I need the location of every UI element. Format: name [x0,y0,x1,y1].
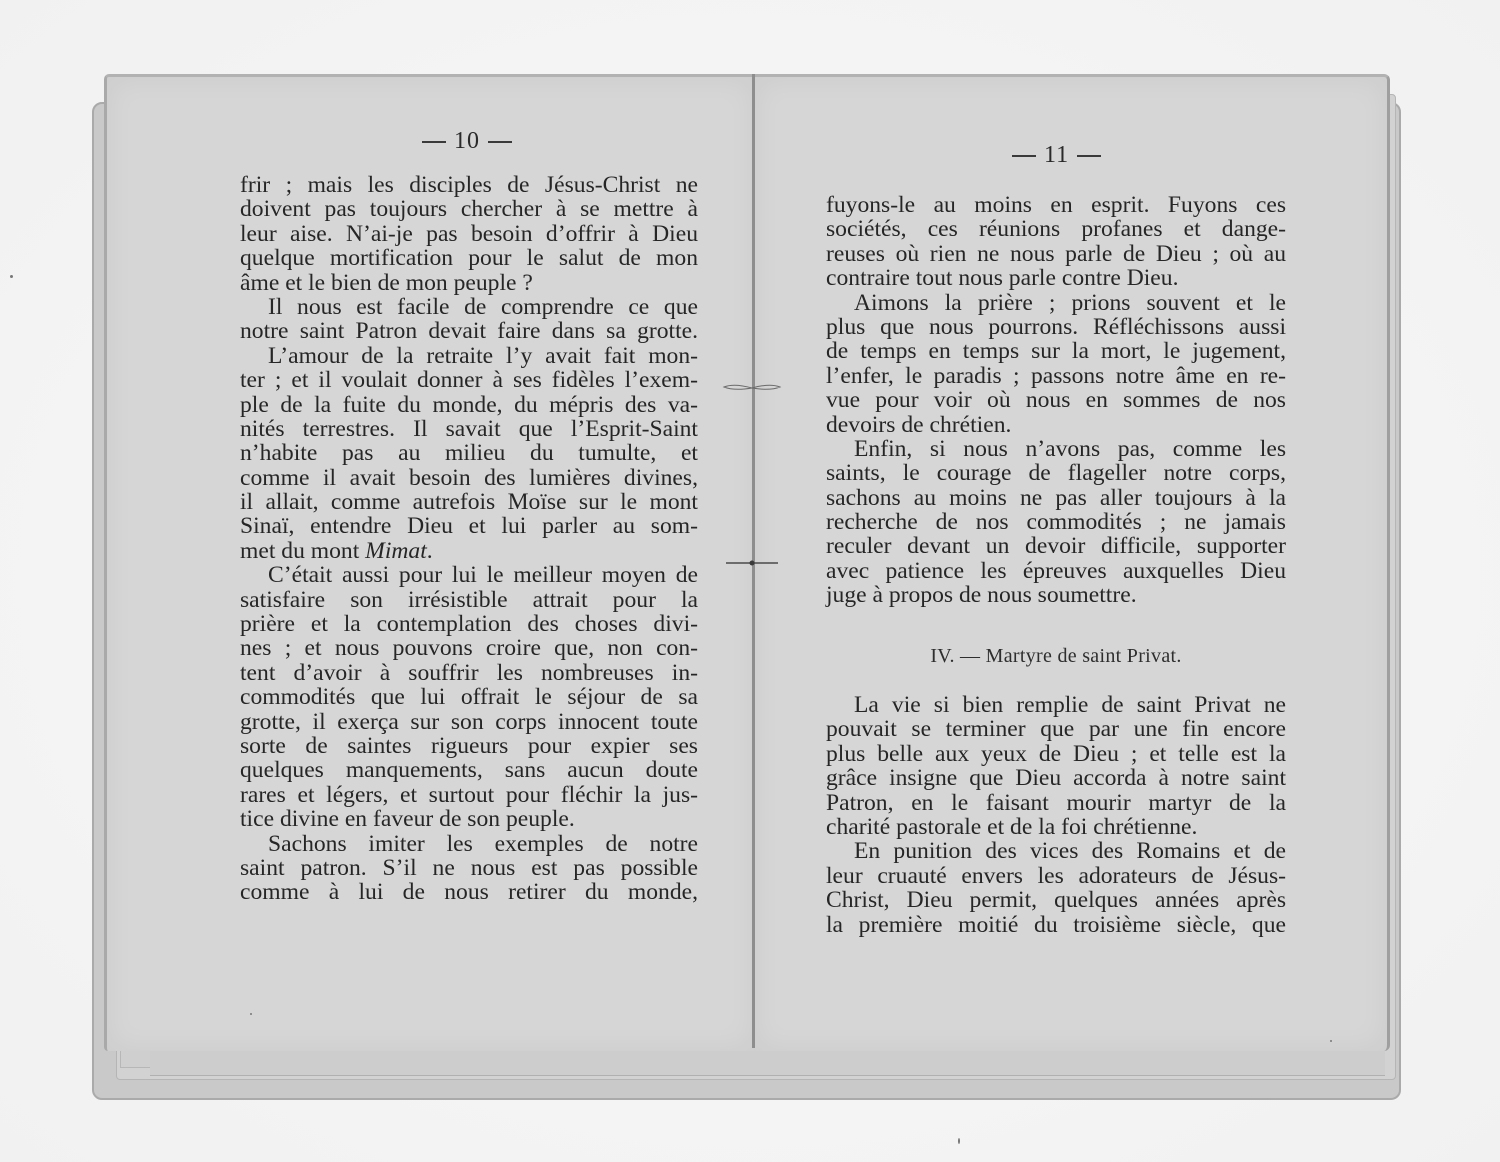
text-line: rares et légers, et surtout pour fléchir… [240,783,698,807]
paragraph: La vie si bien remplie de saint Privat n… [826,693,1286,839]
paragraph: Enfin, si nous n’avons pas, comme les sa… [826,437,1286,608]
text-line: Aimons la prière ; prions souvent et le [826,291,1286,315]
text-line: sachons au moins ne pas aller toujours à… [826,486,1286,510]
text-line: sociétés, ces réunions profanes et dange… [826,217,1286,241]
text-line: Sachons imiter les exemples de notre [240,832,698,856]
text-line: âme et le bien de mon peuple ? [240,271,698,295]
text-line: doivent pas toujours chercher à se mettr… [240,197,698,221]
text-fragment: met du mont [240,538,365,564]
text-line: l’enfer, le paradis ; passons notre âme … [826,364,1286,388]
text-line: ter ; et il voulait donner à ses fidèles… [240,368,698,392]
text-fragment: . [427,538,433,564]
text-line: devoirs de chrétien. [826,413,1286,437]
text-line: C’était aussi pour lui le meilleur moyen… [240,563,698,587]
section-heading: IV. — Martyre de saint Privat. [826,644,1286,668]
text-line: vue pour voir où nous en sommes de nos [826,388,1286,412]
text-line: de temps en temps sur la mort, le jugeme… [826,339,1286,363]
text-line: pouvait se terminer que par une fin enco… [826,717,1286,741]
text-line: quelques manquements, sans aucun doute [240,758,698,782]
paragraph: En punition des vices des Romains et de … [826,839,1286,937]
text-line: fuyons-le au moins en esprit. Fuyons ces [826,193,1286,217]
folio-text: 11 [1044,142,1069,168]
text-line: ple de la fuite du monde, du mépris des … [240,393,698,417]
text-line: notre saint Patron devait faire dans sa … [240,319,698,343]
text-line: saint patron. S’il ne nous est pas possi… [240,856,698,880]
paragraph: Il nous est facile de comprendre ce que … [240,295,698,344]
text-line: il allait, comme autrefois Moïse sur le … [240,490,698,514]
text-line: reculer devant un devoir difficile, supp… [826,534,1286,558]
text-line: prière et la contemplation des choses di… [240,612,698,636]
text-line: sorte de saintes rigueurs pour expier se… [240,734,698,758]
text-line: charité pastorale et de la foi chrétienn… [826,815,1286,839]
text-line: satisfaire son irrésistible attrait pour… [240,588,698,612]
folio-text: 10 [454,128,480,154]
page-stack-corner [120,1050,154,1068]
paragraph: Sachons imiter les exemples de notre sai… [240,832,698,905]
paragraph: L’amour de la retraite l’y avait fait mo… [240,344,698,564]
paragraph: C’était aussi pour lui le meilleur moyen… [240,563,698,831]
text-line: La vie si bien remplie de saint Privat n… [826,693,1286,717]
text-line: grotte, il exerça sur son corps innocent… [240,710,698,734]
text-line: juge à propos de nous soumettre. [826,583,1286,607]
text-line: Christ, Dieu permit, quelques années apr… [826,888,1286,912]
binding-staple-icon [722,384,782,390]
text-line: nités terrestres. Il savait que l’Esprit… [240,417,698,441]
text-line: grâce insigne que Dieu accorda à notre s… [826,766,1286,790]
text-line: comme il avait besoin des lumières divin… [240,466,698,490]
text-line: commodités que lui offrait le séjour de … [240,685,698,709]
paragraph: fuyons-le au moins en esprit. Fuyons ces… [826,193,1286,291]
text-line: recherche de nos commodités ; ne jamais [826,510,1286,534]
text-line: En punition des vices des Romains et de [826,839,1286,863]
page-number-right: 11 [1004,142,1109,169]
text-line: n’habite pas au milieu du tumulte, et [240,441,698,465]
text-line: Enfin, si nous n’avons pas, comme les [826,437,1286,461]
text-line: comme à lui de nous retirer du monde, [240,880,698,904]
text-line: Il nous est facile de comprendre ce que [240,295,698,319]
text-line: plus belle aux yeux de Dieu ; et telle e… [826,742,1286,766]
text-line: plus que nous pourrons. Réfléchissons au… [826,315,1286,339]
binding-staple-icon [722,559,782,565]
text-line: leur cruauté envers les adorateurs de Jé… [826,864,1286,888]
right-page-body: fuyons-le au moins en esprit. Fuyons ces… [826,193,1286,937]
text-line: la première moitié du troisième siècle, … [826,913,1286,937]
text-line: nes ; et nous pouvons croire que, non co… [240,636,698,660]
text-line: leur aise. N’ai-je pas besoin d’offrir à… [240,222,698,246]
text-line: met du mont Mimat. [240,539,698,563]
text-line: avec patience les épreuves auxquelles Di… [826,559,1286,583]
page-number-left: 10 [414,128,520,155]
text-line: Patron, en le faisant mourir martyr de l… [826,791,1286,815]
paragraph: Aimons la prière ; prions souvent et le … [826,291,1286,437]
text-line: tent d’avoir à souffrir les nombreuses i… [240,661,698,685]
text-line: quelque mortification pour le salut de m… [240,246,698,270]
text-line: reuses où rien ne nous parle de Dieu ; o… [826,242,1286,266]
text-line: frir ; mais les disciples de Jésus-Chris… [240,173,698,197]
text-line: saints, le courage de flageller notre co… [826,461,1286,485]
text-line: Sinaï, entendre Dieu et lui parler au so… [240,514,698,538]
left-page-body: frir ; mais les disciples de Jésus-Chris… [240,173,698,905]
text-line: tice divine en faveur de son peuple. [240,807,698,831]
paragraph: frir ; mais les disciples de Jésus-Chris… [240,173,698,295]
italic-place-name: Mimat [365,538,427,564]
text-line: contraire tout nous parle contre Dieu. [826,266,1286,290]
text-line: L’amour de la retraite l’y avait fait mo… [240,344,698,368]
